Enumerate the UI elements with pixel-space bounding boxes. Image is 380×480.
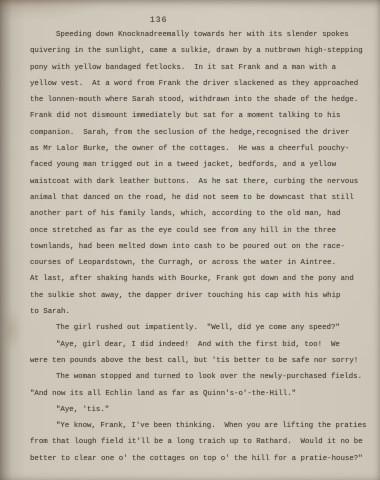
page-line: better to clear one o' the cottages on t… [30,451,366,467]
page-line: as Mr Lalor Burke, the owner of the cott… [30,141,366,157]
paper-stain-left-edge [2,300,32,360]
page-line: the sulkie shot away, the dapper driver … [30,288,366,304]
page-line: companion. Sarah, from the seclusion of … [30,125,366,141]
page-line: waistcoat with dark leather buttons. As … [30,174,366,190]
page-line: Frank did not dismount immediately but s… [30,108,366,124]
page-line: to Sarah. [30,304,366,320]
page-line: The woman stopped and turned to look ove… [30,369,366,385]
page-line: The girl rushed out impatiently. "Well, … [30,320,366,336]
page-line: "Ye know, Frank, I've been thinking. Whe… [30,418,366,434]
page-line: townlands, had been melted down into cas… [30,239,366,255]
page-line: animal that danced on the road, he did n… [30,190,366,206]
page-line: quivering in the sunlight, came a sulkie… [30,43,366,59]
page-line: from that lough field it'll be a long tr… [30,434,366,450]
page-number: 136 [150,16,210,25]
page-line: courses of Leopardstown, the Curragh, or… [30,255,366,271]
page-line: the lonnen-mouth where Sarah stood, with… [30,92,366,108]
page-line: "Aye, girl dear, I did indeed! And with … [30,337,366,353]
page-line: "Aye, 'tis." [30,402,366,418]
page-line: yellow vest. At a word from Frank the dr… [30,76,366,92]
page-line: pony with yellow bandaged fetlocks. In i… [30,60,366,76]
page-line: "And now its all Echlin land as far as Q… [30,386,366,402]
page-line: At last, after shaking hands with Bourke… [30,271,366,287]
page-line: another part of his family lands, which,… [30,206,366,222]
page-line: Speeding down Knocknadreemally towards h… [30,27,366,43]
page-line: were ten pounds above the best call, but… [30,353,366,369]
scanned-page: 136 Speeding down Knocknadreemally towar… [0,0,380,480]
typescript-text: Speeding down Knocknadreemally towards h… [30,27,366,467]
page-line: faced young man trigged out in a tweed j… [30,157,366,173]
page-line: once stretched as far as the eye could s… [30,223,366,239]
